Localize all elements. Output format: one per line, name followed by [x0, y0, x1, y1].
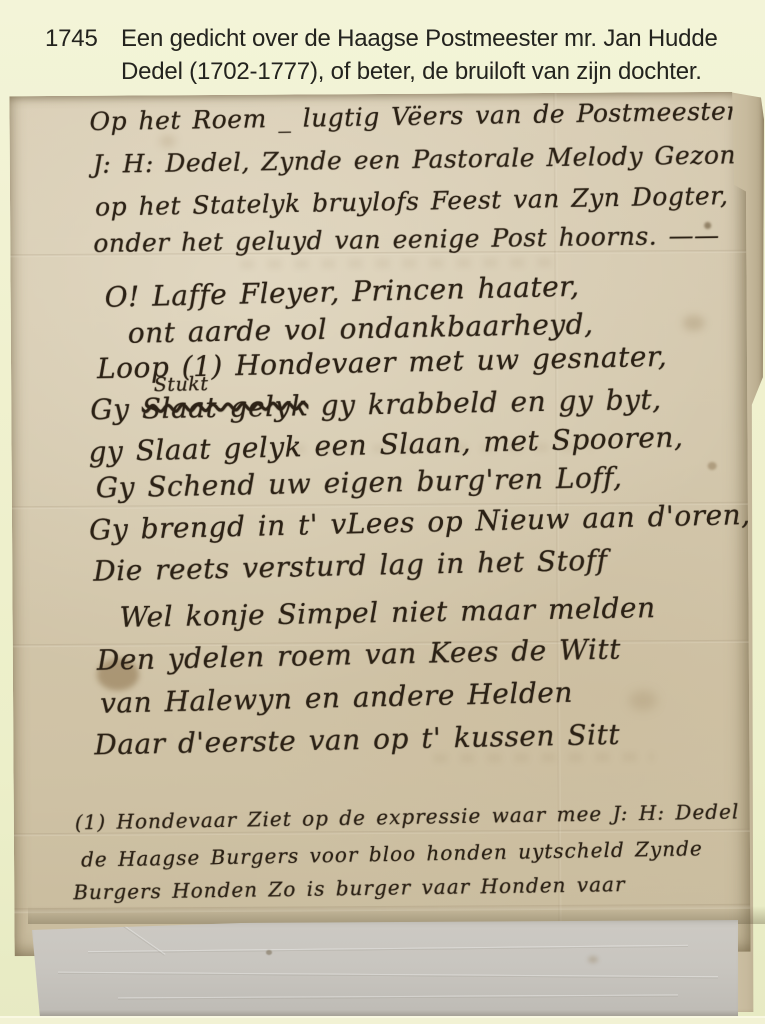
poem-line-1: O! Laffe Fleyer, Princen haater,: [104, 273, 579, 312]
stain-spot: [160, 135, 176, 147]
tissue-wrinkle: [58, 972, 718, 979]
caption-year: 1745: [45, 22, 121, 88]
poem-line-9: Wel konje Simpel niet maar melden: [119, 594, 655, 632]
poem-line-10: Den ydelen roem van Kees de Witt: [97, 635, 622, 674]
stain-spot: [708, 462, 717, 470]
caption-line-1: Een gedicht over de Haagse Postmeester m…: [121, 22, 718, 55]
poem-line-8: Die reets versturd lag in het Stoff: [93, 547, 608, 586]
poem-line-4-corrected: Gy Slaat gelyk gy krabbeld en gy byt, St…: [90, 386, 662, 424]
poem-line-6: Gy Schend uw eigen burg'ren Loff,: [96, 464, 623, 503]
title-line-1: Op het Roem _ lugtig Vëers van de Postme…: [89, 98, 739, 134]
tissue-wrinkle: [88, 945, 688, 953]
poem-line-4-suffix: gy krabbeld en gy byt,: [308, 383, 662, 422]
poem-line-4-prefix: Gy: [90, 392, 142, 426]
footnote-line-1: (1) Hondevaar Ziet op de expressie waar …: [75, 801, 740, 832]
title-line-3: op het Statelyk bruylofs Feest van Zyn D…: [95, 183, 729, 220]
poem-line-11: van Halewyn en andere Helden: [100, 679, 573, 718]
archival-scan: 1745 Een gedicht over de Haagse Postmees…: [0, 0, 765, 1024]
footnote-line-2: de Haagse Burgers voor bloo honden uytsc…: [81, 838, 703, 869]
caption-text: Een gedicht over de Haagse Postmeester m…: [121, 22, 718, 88]
ghost-showthrough: [240, 258, 560, 269]
tissue-strip: [28, 916, 738, 1018]
title-line-4: onder het geluyd van eenige Post hoorns.…: [93, 223, 720, 256]
mount-bottom-edge: [0, 1016, 765, 1024]
caption: 1745 Een gedicht over de Haagse Postmees…: [45, 22, 718, 88]
title-line-2: J: H: Dedel, Zynde een Pastorale Melody …: [93, 141, 765, 176]
manuscript-page: Op het Roem _ lugtig Vëers van de Postme…: [9, 92, 750, 956]
caption-line-2: Dedel (1702-1777), of beter, de bruiloft…: [121, 55, 718, 88]
stain-spot: [266, 950, 272, 955]
stain-spot: [588, 956, 598, 963]
footnote-line-3: Burgers Honden Zo is burger vaar Honden …: [73, 874, 626, 902]
poem-line-5: gy Slaat gelyk een Slaan, met Spooren,: [88, 423, 683, 466]
stain-spot: [683, 315, 705, 331]
tissue-wrinkle: [118, 995, 678, 1000]
stain-spot: [629, 690, 657, 710]
inserted-word: Stukt: [154, 375, 209, 395]
